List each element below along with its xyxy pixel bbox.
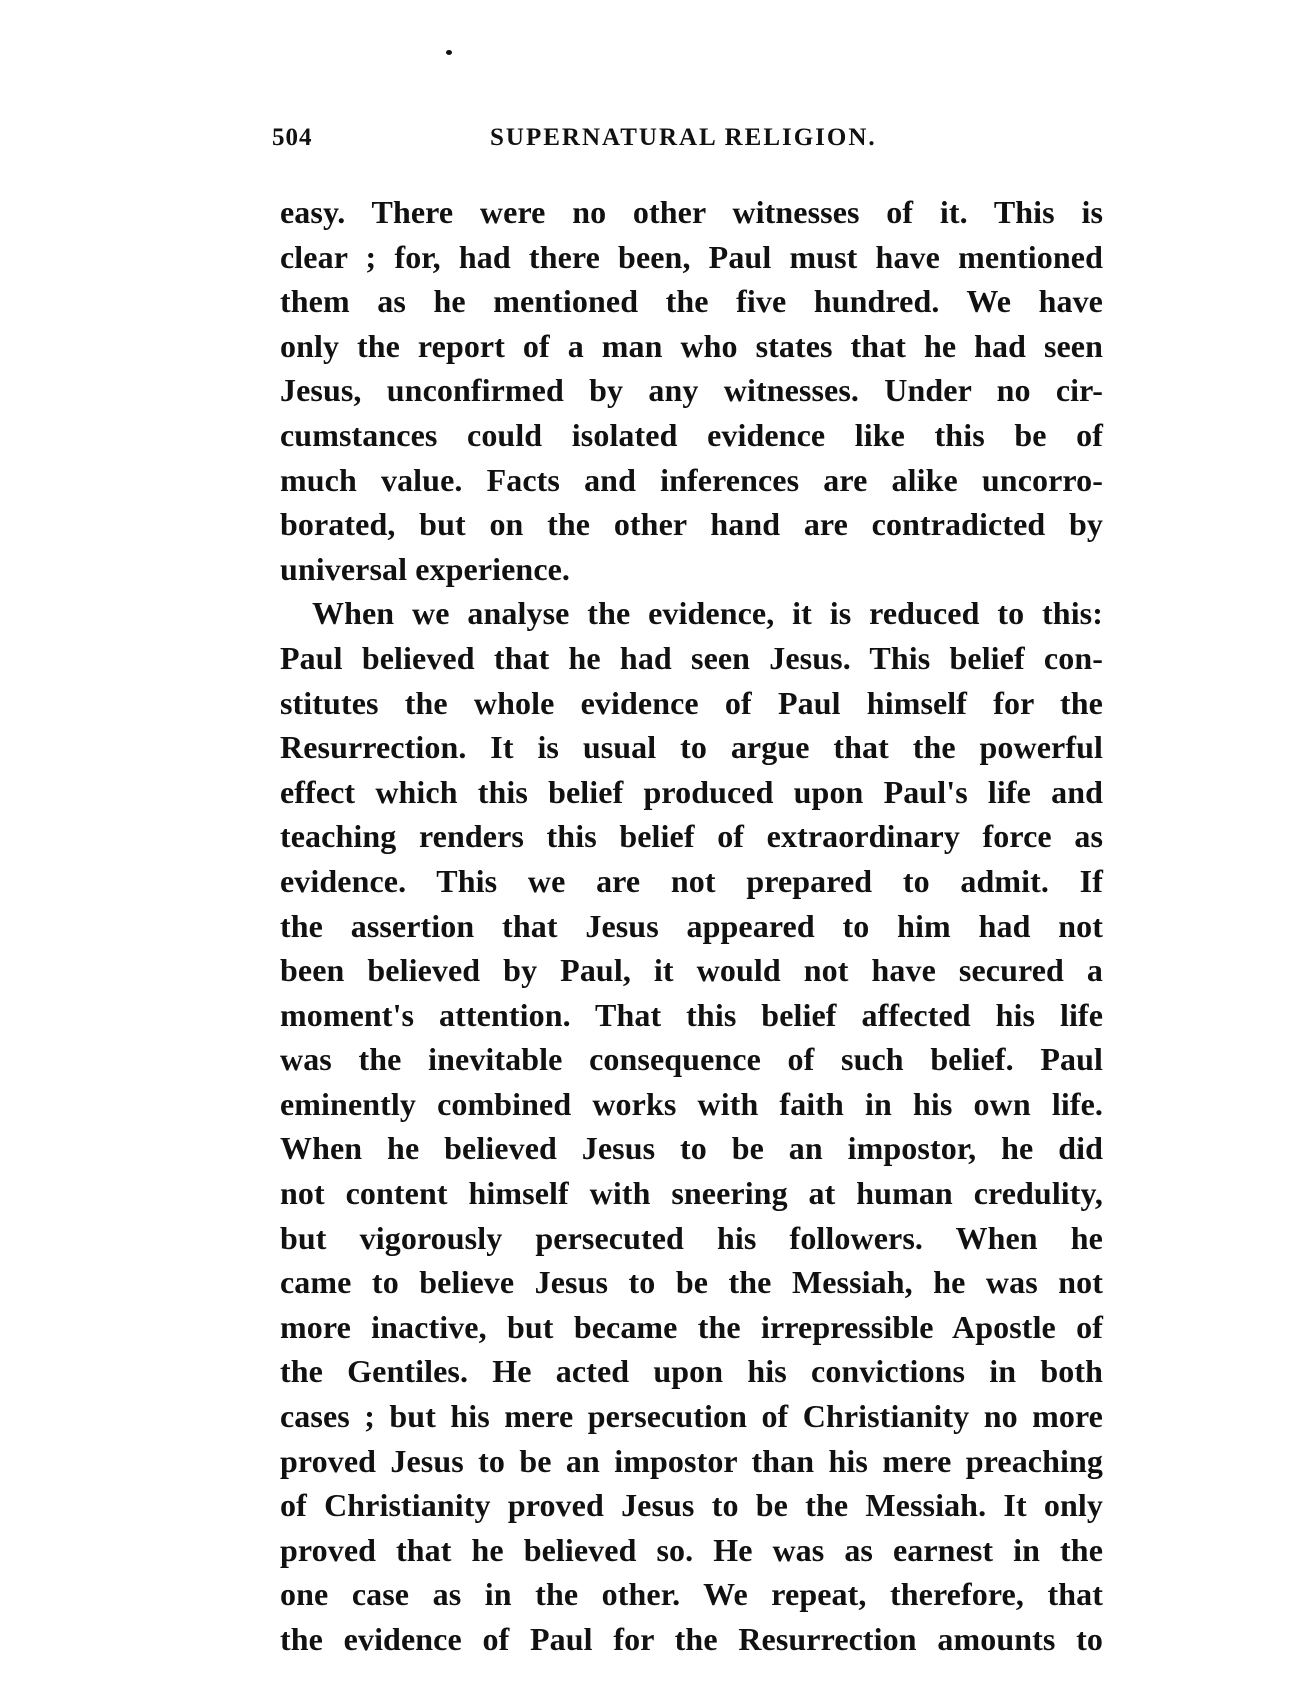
- text-line: cumstances could isolated evidence like …: [280, 413, 1103, 458]
- paragraph: easy. There were no other witnesses of i…: [280, 190, 1103, 591]
- text-line: eminently combined works with faith in h…: [280, 1082, 1103, 1127]
- ink-speck: [446, 50, 452, 55]
- text-line: When he believed Jesus to be an impostor…: [280, 1126, 1103, 1171]
- page-number: 504: [272, 124, 313, 152]
- text-line: universal experience.: [280, 547, 1103, 592]
- text-line: proved that he believed so. He was as ea…: [280, 1528, 1103, 1573]
- text-line: of Christianity proved Jesus to be the M…: [280, 1483, 1103, 1528]
- text-line: the evidence of Paul for the Resurrectio…: [280, 1617, 1103, 1662]
- text-line: not content himself with sneering at hum…: [280, 1171, 1103, 1216]
- paragraph: When we analyse the evidence, it is redu…: [280, 591, 1103, 1661]
- text-line: much value. Facts and inferences are ali…: [280, 458, 1103, 503]
- text-line: proved Jesus to be an impostor than his …: [280, 1439, 1103, 1484]
- text-line: more inactive, but became the irrepressi…: [280, 1305, 1103, 1350]
- text-line: was the inevitable consequence of such b…: [280, 1037, 1103, 1082]
- text-line: been believed by Paul, it would not have…: [280, 948, 1103, 993]
- text-line: stitutes the whole evidence of Paul hims…: [280, 681, 1103, 726]
- text-line: cases ; but his mere persecution of Chri…: [280, 1394, 1103, 1439]
- text-line: but vigorously persecuted his followers.…: [280, 1216, 1103, 1261]
- body-text: easy. There were no other witnesses of i…: [280, 190, 1103, 1662]
- text-line: When we analyse the evidence, it is redu…: [280, 591, 1103, 636]
- text-line: borated, but on the other hand are contr…: [280, 502, 1103, 547]
- text-line: Paul believed that he had seen Jesus. Th…: [280, 636, 1103, 681]
- book-title: SUPERNATURAL RELIGION.: [490, 124, 877, 152]
- text-line: clear ; for, had there been, Paul must h…: [280, 235, 1103, 280]
- text-line: one case as in the other. We repeat, the…: [280, 1572, 1103, 1617]
- running-head: 504 SUPERNATURAL RELIGION.: [272, 124, 1092, 158]
- text-line: came to believe Jesus to be the Messiah,…: [280, 1260, 1103, 1305]
- text-line: the Gentiles. He acted upon his convicti…: [280, 1349, 1103, 1394]
- text-line: Jesus, unconfirmed by any witnesses. Und…: [280, 368, 1103, 413]
- text-line: Resurrection. It is usual to argue that …: [280, 725, 1103, 770]
- text-line: evidence. This we are not prepared to ad…: [280, 859, 1103, 904]
- text-line: them as he mentioned the five hundred. W…: [280, 279, 1103, 324]
- text-line: effect which this belief produced upon P…: [280, 770, 1103, 815]
- text-line: only the report of a man who states that…: [280, 324, 1103, 369]
- text-line: the assertion that Jesus appeared to him…: [280, 904, 1103, 949]
- text-line: easy. There were no other witnesses of i…: [280, 190, 1103, 235]
- text-line: moment's attention. That this belief aff…: [280, 993, 1103, 1038]
- text-line: teaching renders this belief of extraord…: [280, 814, 1103, 859]
